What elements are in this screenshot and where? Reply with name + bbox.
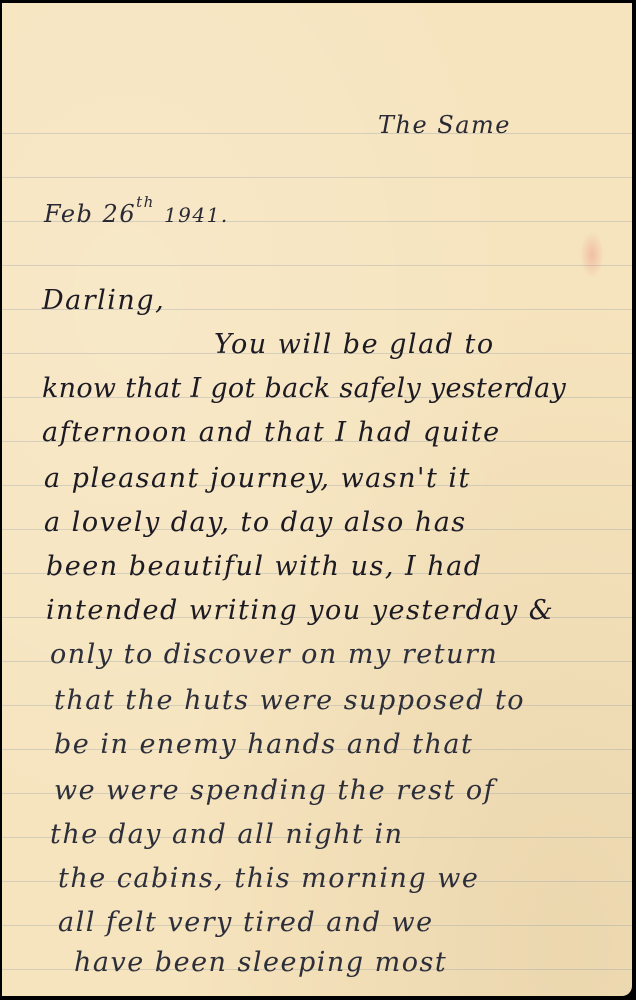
date-day: 26: [103, 200, 137, 228]
body-line: all felt very tired and we: [58, 907, 434, 938]
body-line: the cabins, this morning we: [58, 863, 479, 894]
body-line: the day and all night in: [50, 819, 403, 850]
letter-page: The Same Feb 26th 1941. Darling, You wil…: [2, 3, 632, 996]
body-line: be in enemy hands and that: [54, 729, 473, 760]
salutation: Darling,: [42, 285, 165, 316]
body-line: we were spending the rest of: [54, 775, 495, 806]
ruled-line: [2, 265, 632, 266]
body-line: intended writing you yesterday &: [46, 595, 554, 626]
ruled-line: [2, 133, 632, 134]
body-line: a pleasant journey, wasn't it: [44, 463, 471, 494]
ruled-line: [2, 177, 632, 178]
letter-header: The Same: [378, 111, 511, 139]
body-line: only to discover on my return: [50, 639, 498, 670]
date-suffix: th: [136, 193, 155, 211]
body-line: have been sleeping most: [74, 947, 447, 978]
date-year: 1941.: [164, 203, 229, 227]
body-line: a lovely day, to day also has: [44, 507, 467, 538]
body-line: afternoon and that I had quite: [42, 417, 501, 448]
body-line: been beautiful with us, I had: [46, 551, 483, 582]
body-line: know that I got back safely yesterday: [42, 373, 566, 404]
date-month: Feb: [44, 200, 93, 228]
ink-stain: [580, 231, 604, 279]
body-line: that the huts were supposed to: [54, 685, 525, 716]
letter-date: Feb 26th 1941.: [44, 199, 229, 228]
body-line: You will be glad to: [214, 329, 495, 360]
